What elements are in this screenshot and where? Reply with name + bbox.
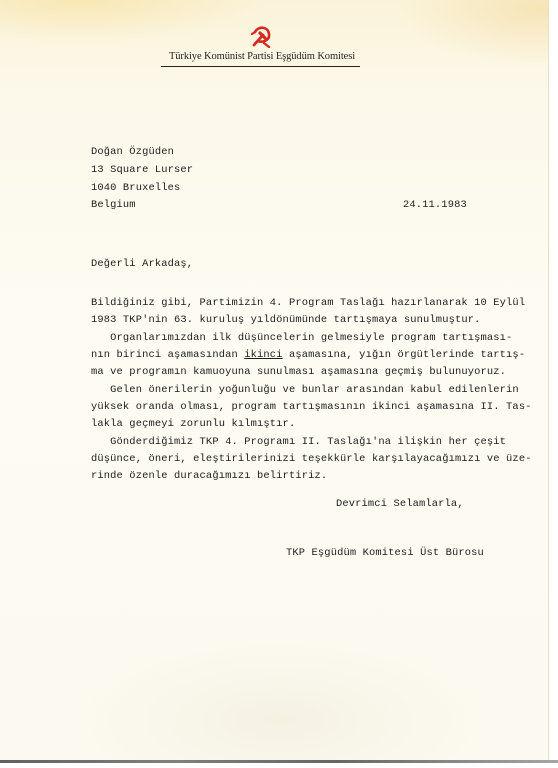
letter-paper [0,0,549,760]
body-text: aşamasına, yığın örgütlerinde tartış- [283,349,526,361]
closing: Devrimci Selamlarla, [336,498,464,510]
recipient-street: 13 Square Lurser [91,164,193,176]
hammer-and-sickle-icon [249,26,273,48]
signature: TKP Eşgüdüm Komitesi Üst Bürosu [286,547,484,559]
page-edge [0,760,558,763]
letterhead-title: Türkiye Komünist Partisi Eşgüdüm Komites… [164,51,360,62]
body-line: Organlarımızdan ilk düşüncelerin gelmesi… [91,332,512,344]
body-line: 1983 TKP'nin 63. kuruluş yıldönümünde ta… [91,314,481,326]
letterhead-underline [161,66,360,67]
emphasis-ikinci: ikinci [244,349,282,361]
recipient-name: Doğan Özgüden [91,146,174,158]
body-line: Gelen önerilerin yoğunluğu ve bunlar ara… [91,384,519,396]
recipient-country: Belgium [91,199,136,211]
body-text: nın birinci aşamasından [91,349,244,361]
body-line: Bildiğiniz gibi, Partimizin 4. Program T… [91,297,525,309]
body-line: ma ve programın kamuoyuna sunulması aşam… [91,366,506,378]
letter-date: 24.11.1983 [403,199,467,211]
body-line: nın birinci aşamasından ikinci aşamasına… [91,349,525,361]
body-line: yüksek oranda olması, program tartışması… [91,401,532,413]
salutation: Değerli Arkadaş, [91,258,193,270]
body-line: düşünce, öneri, eleştirilerinizi teşekkü… [91,453,532,465]
body-line: rinde özenle duracağımızı belirtiriz. [91,470,327,482]
body-line: Gönderdiğimiz TKP 4. Programı II. Taslağ… [91,436,506,448]
body-line: lakla geçmeyi zorunlu kılmıştır. [91,418,295,430]
recipient-city: 1040 Bruxelles [91,182,180,194]
